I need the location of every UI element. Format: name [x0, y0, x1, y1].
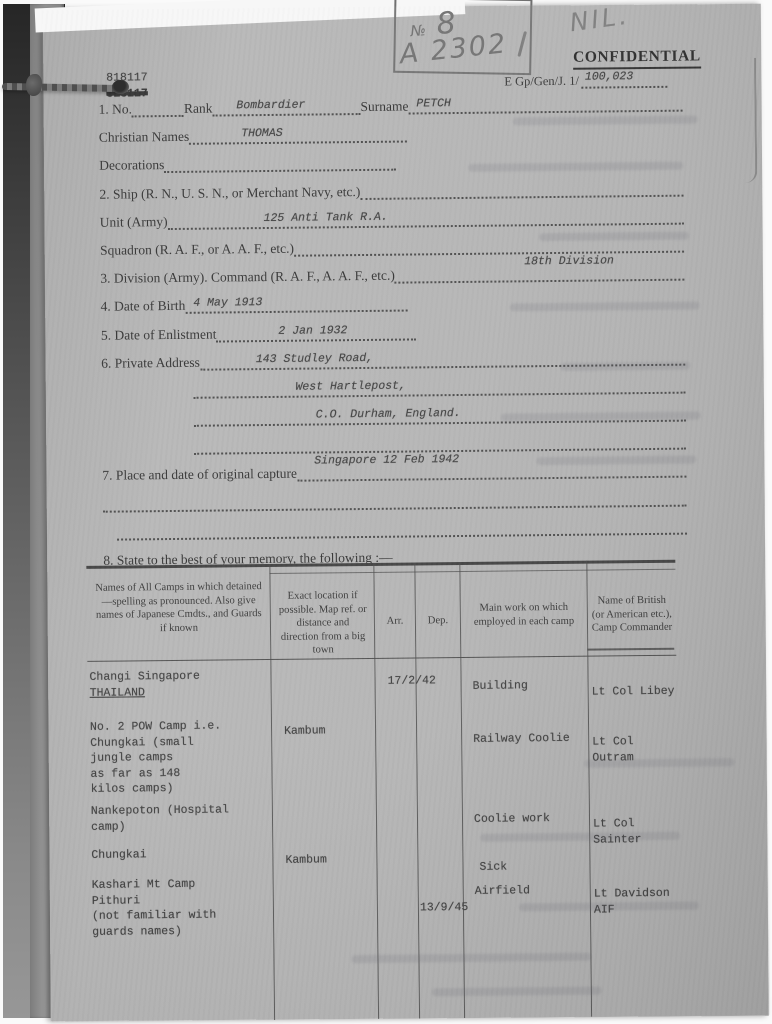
- form-line-decorations: Decorations: [99, 152, 683, 174]
- cell-commander: Lt Col Outram: [592, 734, 677, 766]
- cell-camp: Nankepoton (Hospital camp): [91, 802, 229, 834]
- capture-value: Singapore 12 Feb 1942: [314, 453, 459, 468]
- address-value-1: 143 Studley Road,: [256, 352, 373, 366]
- unit-value: 125 Anti Tank R.A.: [264, 210, 388, 224]
- form-line-christian-names: Christian Names THOMAS: [99, 124, 683, 146]
- cell-work: Airfield: [475, 883, 530, 899]
- form-line-no-rank-surname: 1. No. Rank Bombardier Surname PETCH: [98, 96, 682, 118]
- cell-commander: Lt Col Sainter: [593, 816, 678, 848]
- cell-location: Kambum: [285, 852, 327, 868]
- form-line-capture: 7. Place and date of original capture Si…: [102, 462, 686, 484]
- date-of-birth-value: 4 May 1913: [193, 296, 262, 310]
- form-line-blank-2: [103, 518, 687, 540]
- cell-work: Building: [473, 678, 528, 694]
- christian-names-value: THOMAS: [241, 127, 283, 140]
- cell-camp-underlined: THAILAND: [90, 685, 145, 701]
- confidential-heading: CONFIDENTIAL: [573, 47, 701, 69]
- form-line-date-of-birth: 4. Date of Birth 4 May 1913: [101, 293, 685, 315]
- reference-line: E Gp/Gen/J. 1/ 100,023: [504, 73, 667, 90]
- punch-hole: [112, 80, 129, 94]
- header-arr: Arr.: [376, 614, 414, 628]
- nil-annotation: NIL.: [568, 1, 631, 38]
- form-line-address-2: West Hartlepost,: [101, 378, 685, 400]
- header-location: Exact location if possible. Map ref. or …: [277, 589, 370, 658]
- pencil-stamp-box: №8 A 2302: [393, 0, 532, 75]
- cell-arr: 17/2/42: [387, 673, 435, 689]
- camps-table: Names of All Camps in which detained—spe…: [86, 560, 680, 1022]
- form-line-date-of-enlistment: 5. Date of Enlistment 2 Jan 1932: [101, 321, 685, 343]
- reference-prefix: E Gp/Gen/J. 1/: [504, 74, 579, 90]
- cell-camp: Chungkai: [91, 847, 146, 863]
- cell-commander: Lt Davidson AIF: [594, 886, 679, 918]
- questionnaire-form: 1. No. Rank Bombardier Surname PETCH Chr…: [98, 96, 687, 569]
- address-value-3: C.O. Durham, England.: [316, 407, 461, 422]
- form-line-division: 3. Division (Army). Command (R. A. F., A…: [100, 265, 684, 287]
- form-line-blank-1: [103, 490, 687, 512]
- form-line-address-3: C.O. Durham, England.: [102, 406, 686, 428]
- cell-work: Railway Coolie: [473, 731, 570, 748]
- cell-work: Coolie work: [474, 811, 550, 827]
- cell-camp: Kashari Mt Camp Pithuri (not familiar wi…: [92, 877, 217, 940]
- header-camp-names: Names of All Camps in which detained—spe…: [93, 580, 266, 636]
- pencil-stroke: [517, 31, 527, 57]
- form-line-address-4: [102, 434, 686, 456]
- form-line-unit: Unit (Army) 125 Anti Tank R.A.: [100, 208, 684, 230]
- cell-work: Sick: [479, 860, 507, 876]
- document-page: №8 A 2302 NIL. CONFIDENTIAL E Gp/Gen/J. …: [43, 4, 769, 1022]
- division-value: 18th Division: [524, 254, 614, 268]
- cell-camp: No. 2 POW Camp i.e. Chungkai (small jung…: [90, 719, 222, 798]
- string-knot: [26, 74, 42, 96]
- header-main-work: Main work on which employed in each camp: [472, 601, 576, 629]
- form-line-ship: 2. Ship (R. N., U. S. N., or Merchant Na…: [99, 180, 683, 202]
- reference-leader: 100,023: [581, 74, 667, 89]
- address-value-2: West Hartlepost,: [295, 379, 406, 393]
- surname-value: PETCH: [416, 97, 451, 110]
- cell-location: Kambum: [284, 723, 326, 739]
- reference-number: 100,023: [585, 70, 633, 84]
- rank-value: Bombardier: [236, 99, 305, 113]
- cell-dep: 13/9/45: [420, 900, 468, 916]
- page-curl-mark: [744, 58, 757, 183]
- enlistment-value: 2 Jan 1932: [278, 324, 347, 338]
- cell-commander: Lt Col Libey: [592, 684, 675, 700]
- form-line-private-address: 6. Private Address 143 Studley Road,: [101, 349, 685, 371]
- header-dep: Dep.: [417, 614, 459, 628]
- header-commander: Name of British (or American etc.), Camp…: [591, 594, 673, 635]
- cell-camp: Changi Singapore: [89, 669, 200, 686]
